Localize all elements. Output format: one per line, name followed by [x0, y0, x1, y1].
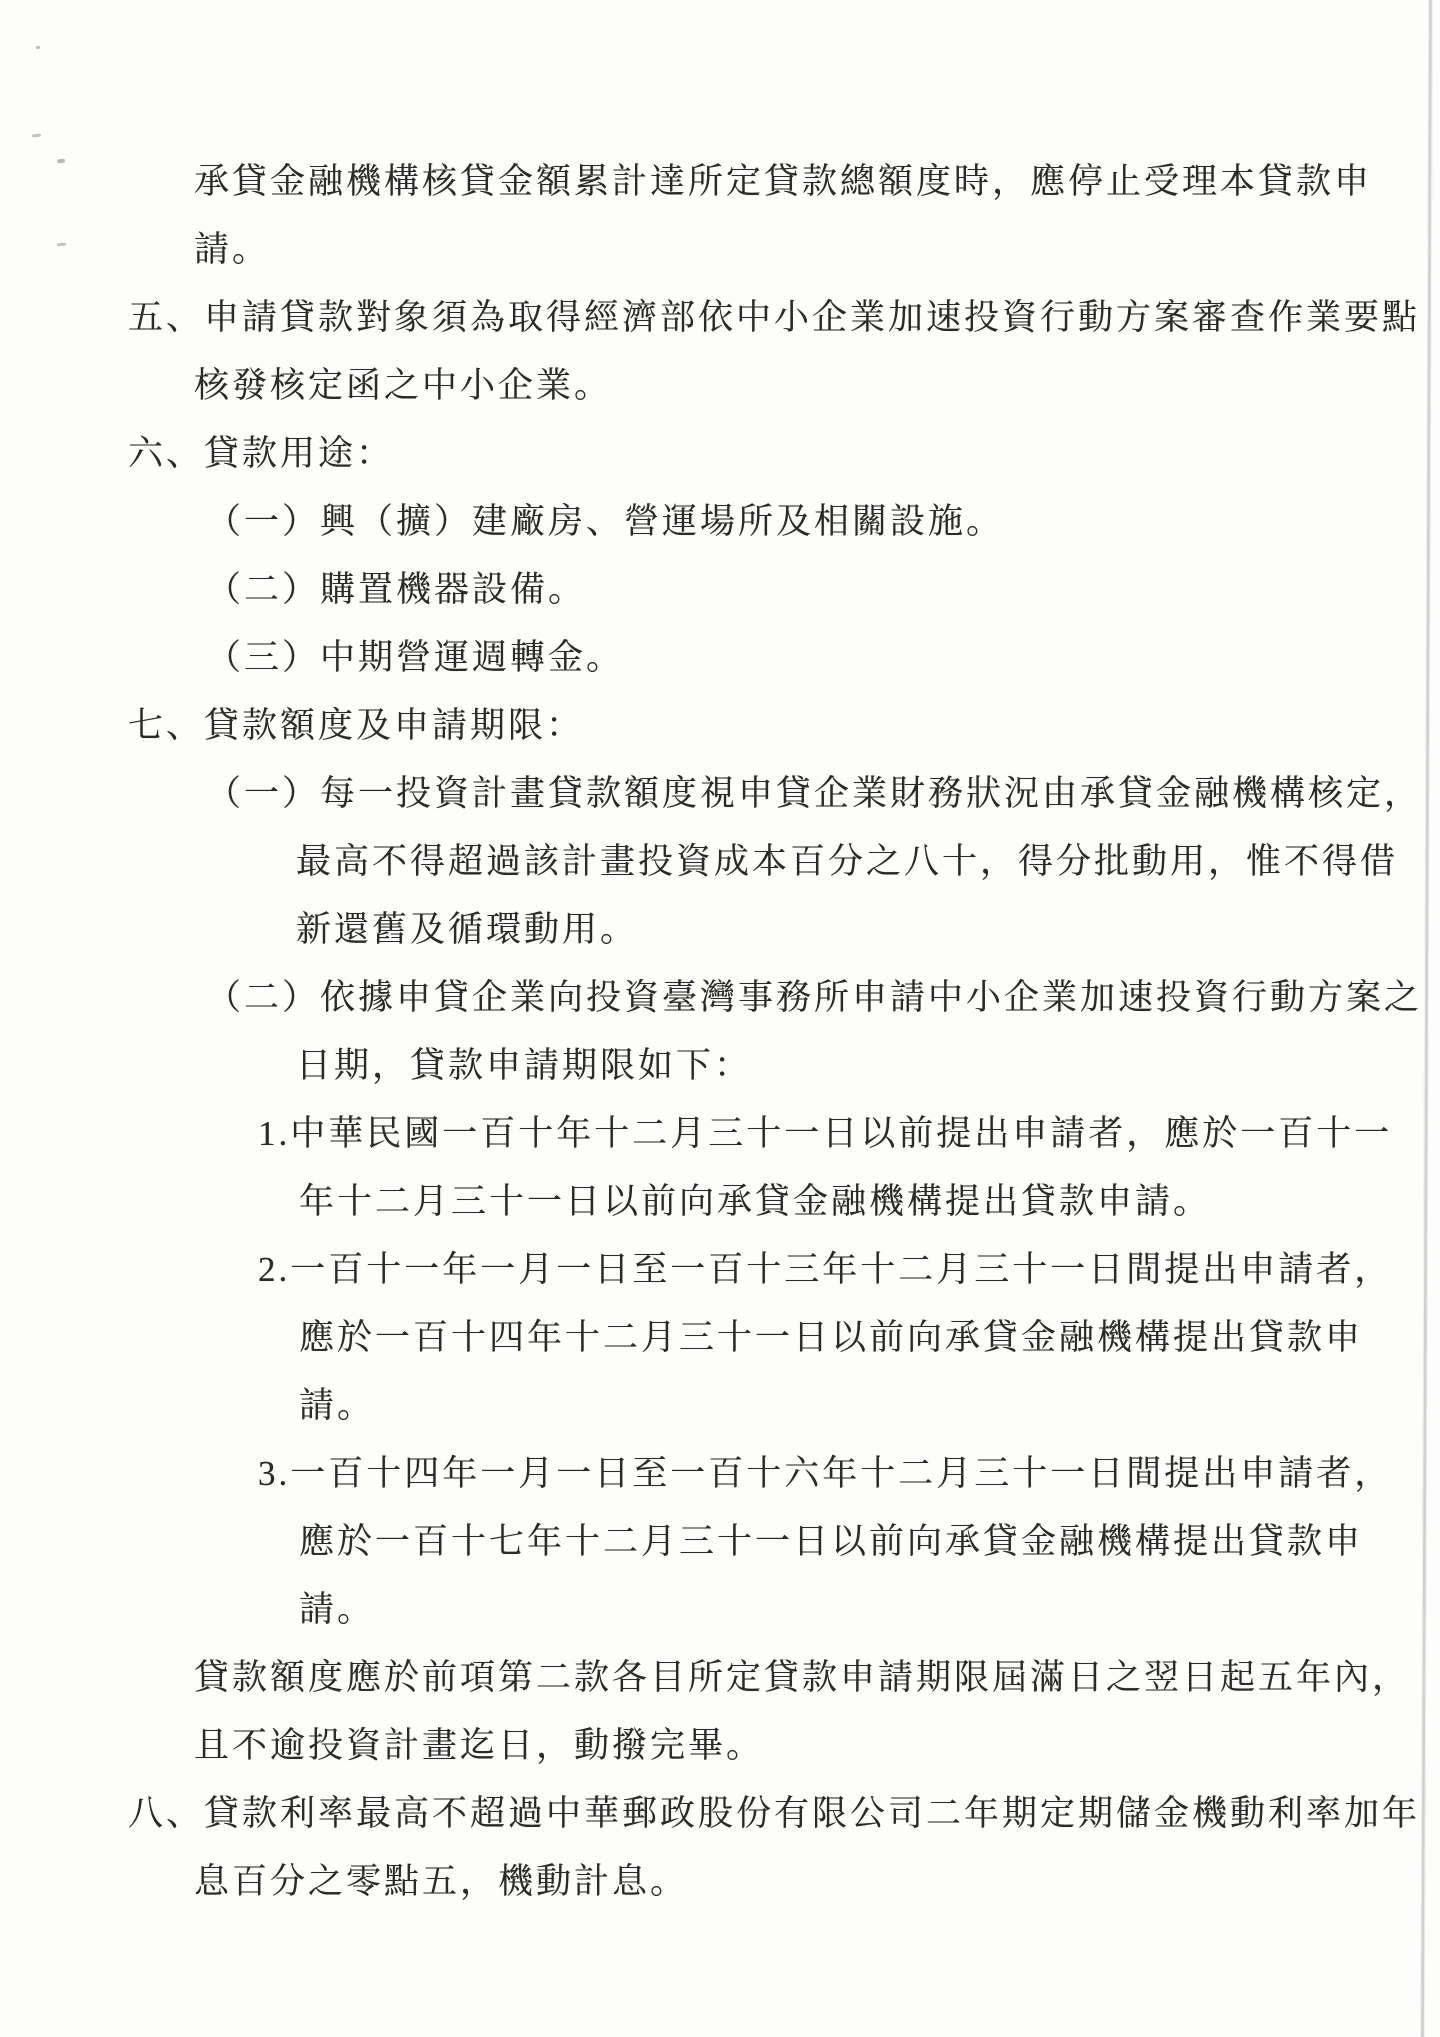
- text-line: 2.一百十一年一月一日至一百十三年十二月三十一日間提出申請者，: [258, 1248, 1392, 1292]
- text-line: 請。: [299, 1384, 375, 1428]
- text-line: 最高不得超過該計畫投資成本百分之八十，得分批動用，惟不得借: [296, 840, 1398, 884]
- scan-speck: [32, 133, 41, 137]
- scan-speck: [36, 46, 40, 49]
- text-line: 請。: [194, 228, 270, 272]
- text-line: （一）每一投資計畫貸款額度視申貸企業財務狀況由承貸金融機構核定，: [206, 772, 1422, 816]
- text-line: 且不逾投資計畫迄日，動撥完畢。: [194, 1724, 764, 1768]
- text-line: 3.一百十四年一月一日至一百十六年十二月三十一日間提出申請者，: [258, 1452, 1392, 1496]
- text-line: 承貸金融機構核貸金額累計達所定貸款總額度時，應停止受理本貸款申: [194, 160, 1372, 204]
- text-line: 年十二月三十一日以前向承貸金融機構提出貸款申請。: [299, 1180, 1211, 1224]
- text-line: 息百分之零點五，機動計息。: [194, 1860, 688, 1904]
- text-line: 1.中華民國一百十年十二月三十一日以前提出申請者，應於一百十一: [258, 1112, 1392, 1156]
- text-line: （一）興（擴）建廠房、營運場所及相關設施。: [206, 500, 1004, 544]
- text-line: 八、貸款利率最高不超過中華郵政股份有限公司二年期定期儲金機動利率加年: [128, 1792, 1420, 1836]
- text-line: 核發核定函之中小企業。: [194, 364, 612, 408]
- scan-speck: [57, 243, 66, 247]
- text-line: 七、貸款額度及申請期限：: [128, 704, 584, 748]
- scanned-document-page: 承貸金融機構核貸金額累計達所定貸款總額度時，應停止受理本貸款申 請。 五、申請貸…: [0, 0, 1440, 2037]
- text-line: 日期，貸款申請期限如下：: [296, 1044, 752, 1088]
- text-line: 六、貸款用途：: [128, 432, 394, 476]
- text-line: 應於一百十七年十二月三十一日以前向承貸金融機構提出貸款申: [299, 1520, 1363, 1564]
- scan-speck: [57, 159, 65, 164]
- text-line: 貸款額度應於前項第二款各目所定貸款申請期限屆滿日之翌日起五年內，: [194, 1656, 1410, 1700]
- text-line: （三）中期營運週轉金。: [206, 636, 624, 680]
- text-line: 請。: [299, 1588, 375, 1632]
- text-line: 五、申請貸款對象須為取得經濟部依中小企業加速投資行動方案審查作業要點: [128, 296, 1420, 340]
- text-line: （二）依據申貸企業向投資臺灣事務所申請中小企業加速投資行動方案之: [206, 976, 1422, 1020]
- text-line: 新還舊及循環動用。: [296, 908, 638, 952]
- text-line: （二）購置機器設備。: [206, 568, 586, 612]
- text-line: 應於一百十四年十二月三十一日以前向承貸金融機構提出貸款申: [299, 1316, 1363, 1360]
